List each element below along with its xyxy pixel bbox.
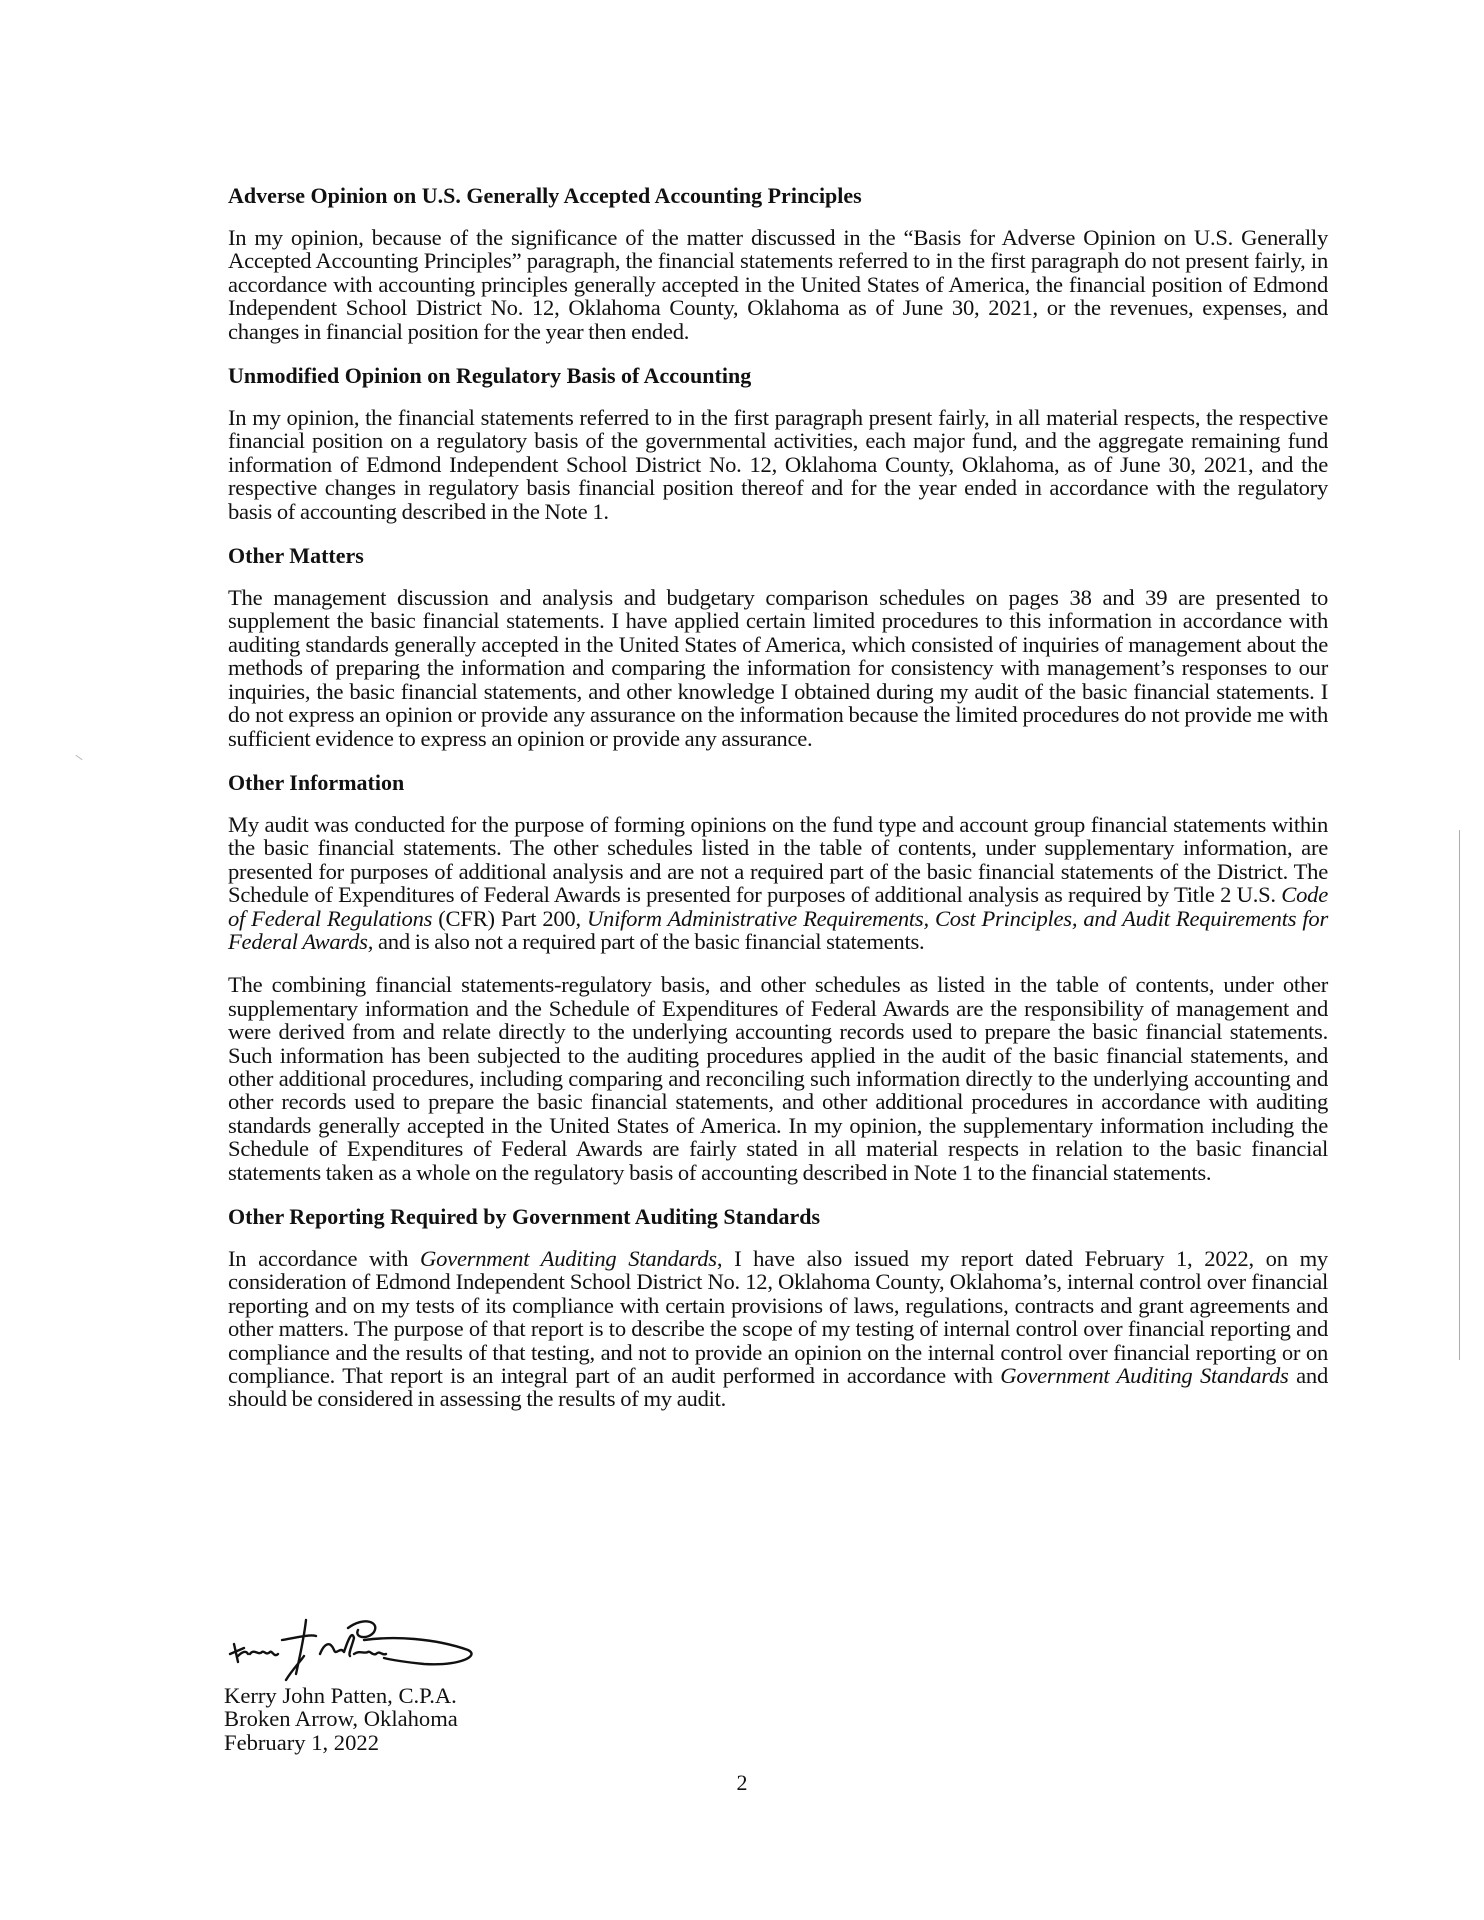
section: Other InformationMy audit was conducted … [228, 770, 1328, 1184]
signer-name: Kerry John Patten, C.P.A. [224, 1684, 458, 1707]
text-run: The management discussion and analysis a… [228, 585, 1328, 750]
text-run: In my opinion, the financial statements … [228, 405, 1328, 524]
text-run: (CFR) Part 200, [432, 906, 587, 931]
signature-date: February 1, 2022 [224, 1731, 458, 1754]
signature-block: Kerry John Patten, C.P.A. Broken Arrow, … [224, 1610, 644, 1790]
text-run: In accordance with [228, 1246, 420, 1271]
scan-margin-line [1459, 830, 1460, 1360]
section-heading: Adverse Opinion on U.S. Generally Accept… [228, 183, 1328, 209]
page-number: 2 [0, 1770, 1484, 1796]
section: Unmodified Opinion on Regulatory Basis o… [228, 363, 1328, 523]
paragraph: In my opinion, the financial statements … [228, 406, 1328, 523]
text-run: My audit was conducted for the purpose o… [228, 812, 1328, 907]
italic-text: Government Auditing Standards [1000, 1363, 1288, 1388]
italic-text: Government Auditing Standards [420, 1246, 717, 1271]
scan-speck [75, 755, 82, 760]
section-heading: Other Information [228, 770, 1328, 796]
handwritten-signature-icon [224, 1610, 484, 1690]
paragraph: The combining financial statements-regul… [228, 973, 1328, 1184]
text-run: and is also not a required part of the b… [373, 929, 924, 954]
paragraph: In accordance with Government Auditing S… [228, 1247, 1328, 1411]
section-heading: Other Matters [228, 543, 1328, 569]
signer-location: Broken Arrow, Oklahoma [224, 1707, 458, 1730]
section: Other MattersThe management discussion a… [228, 543, 1328, 750]
text-run: In my opinion, because of the significan… [228, 225, 1328, 344]
paragraph: The management discussion and analysis a… [228, 586, 1328, 750]
section-heading: Unmodified Opinion on Regulatory Basis o… [228, 363, 1328, 389]
paragraph: My audit was conducted for the purpose o… [228, 813, 1328, 953]
text-run: The combining financial statements-regul… [228, 972, 1328, 1184]
report-body: Adverse Opinion on U.S. Generally Accept… [228, 183, 1328, 1431]
section: Adverse Opinion on U.S. Generally Accept… [228, 183, 1328, 343]
section: Other Reporting Required by Government A… [228, 1204, 1328, 1411]
paragraph: In my opinion, because of the significan… [228, 226, 1328, 343]
section-heading: Other Reporting Required by Government A… [228, 1204, 1328, 1230]
